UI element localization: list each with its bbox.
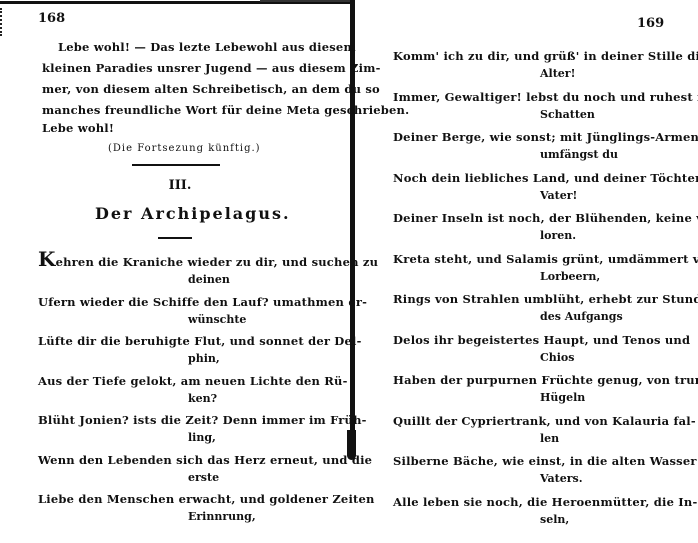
verse-line: Wenn den Lebenden sich das Herz erneut, …: [38, 453, 372, 467]
verse-text: Aus der Tiefe gelokt, am neuen Lichte de…: [38, 374, 348, 388]
verse-text: Lüfte dir die beruhigte Flut, und sonnet…: [38, 334, 362, 348]
verse-turnover: wünschte: [188, 313, 246, 326]
verse-turnover: Vaters.: [540, 472, 583, 485]
prose-line: kleinen Paradies unsrer Jugend — aus die…: [42, 61, 381, 75]
verse-text: Kreta steht, und Salamis grünt, umdämmer…: [393, 252, 698, 266]
verse-line: Blüht Jonien? ists die Zeit? Denn immer …: [38, 413, 367, 427]
verse-turnover: erste: [188, 471, 219, 484]
page-number: 169: [637, 16, 664, 31]
verse-turnover: Hügeln: [540, 391, 585, 404]
page-edge-shadow: [260, 0, 350, 2]
verse-text: Ufern wieder die Schiffe den Lauf? umath…: [38, 295, 367, 309]
verse-turnover: Chios: [540, 351, 574, 364]
verse-turnover: ling,: [188, 431, 216, 444]
verse-text: ehren die Kraniche wieder zu dir, und su…: [56, 255, 379, 269]
verse-text: Quillt der Cypriertrank, und von Kalauri…: [393, 414, 696, 428]
verse-turnover: deinen: [188, 273, 230, 286]
verse-line: Aus der Tiefe gelokt, am neuen Lichte de…: [38, 374, 348, 388]
verse-turnover: loren.: [540, 229, 576, 242]
prose-line: Lebe wohl! — Das lezte Lebewohl aus dies…: [58, 40, 356, 54]
verse-text: Wenn den Lebenden sich das Herz erneut, …: [38, 453, 372, 467]
book-spread: 168 Lebe wohl! — Das lezte Lebewohl aus …: [0, 0, 698, 543]
verse-line: Noch dein liebliches Land, und deiner Tö…: [393, 171, 698, 185]
verse-turnover: Erinnrung,: [188, 510, 256, 523]
verse-text: Blüht Jonien? ists die Zeit? Denn immer …: [38, 413, 367, 427]
verse-turnover: Lorbeern,: [540, 270, 600, 283]
continuation-note: (Die Fortsezung künftig.): [108, 143, 261, 154]
verse-line: Alle leben sie noch, die Heroenmütter, d…: [393, 495, 697, 509]
verse-line: Lüfte dir die beruhigte Flut, und sonnet…: [38, 334, 362, 348]
verse-turnover: umfängst du: [540, 148, 618, 161]
verse-turnover: len: [540, 432, 559, 445]
page-edge-left: [0, 8, 4, 36]
verse-line: Immer, Gewaltiger! lebst du noch und ruh…: [393, 90, 698, 104]
verse-text: Komm' ich zu dir, und grüß' in deiner St…: [393, 49, 698, 63]
verse-text: Delos ihr begeistertes Haupt, und Tenos …: [393, 333, 690, 347]
prose-line: manches freundliche Wort für deine Meta …: [42, 103, 409, 117]
section-number: III.: [150, 178, 210, 193]
verse-text: Liebe den Menschen erwacht, und goldener…: [38, 492, 375, 506]
verse-line: Ufern wieder die Schiffe den Lauf? umath…: [38, 295, 367, 309]
verse-line: Deiner Inseln ist noch, der Blühenden, k…: [393, 211, 698, 225]
section-rule: [132, 164, 220, 166]
verse-text: Immer, Gewaltiger! lebst du noch und ruh…: [393, 90, 698, 104]
verse-line: Liebe den Menschen erwacht, und goldener…: [38, 492, 375, 506]
section-title: Der Archipelagus.: [95, 204, 265, 223]
verse-line: Quillt der Cypriertrank, und von Kalauri…: [393, 414, 696, 428]
verse-turnover: ken?: [188, 392, 217, 405]
verse-text: Haben der purpurnen Früchte genug, von t…: [393, 373, 698, 387]
verse-turnover: Schatten: [540, 108, 595, 121]
prose-line: Lebe wohl!: [42, 121, 114, 135]
prose-line: mer, von diesem alten Schreibetisch, an …: [42, 82, 380, 96]
page-number: 168: [38, 11, 65, 26]
verse-turnover: Vater!: [540, 189, 577, 202]
verse-text: Deiner Berge, wie sonst; mit Jünglings-A…: [393, 130, 698, 144]
verse-line: Rings von Strahlen umblüht, erhebt zur S…: [393, 292, 698, 306]
verse-text: Noch dein liebliches Land, und deiner Tö…: [393, 171, 698, 185]
verse-line: Haben der purpurnen Früchte genug, von t…: [393, 373, 698, 387]
title-rule: [158, 237, 192, 239]
verse-line: Kreta steht, und Salamis grünt, umdämmer…: [393, 252, 698, 266]
verse-line: Silberne Bäche, wie einst, in die alten …: [393, 454, 698, 468]
verse-text: Deiner Inseln ist noch, der Blühenden, k…: [393, 211, 698, 225]
verse-line: Komm' ich zu dir, und grüß' in deiner St…: [393, 49, 698, 63]
verse-text: Silberne Bäche, wie einst, in die alten …: [393, 454, 698, 468]
verse-text: Rings von Strahlen umblüht, erhebt zur S…: [393, 292, 698, 306]
verse-text: Alle leben sie noch, die Heroenmütter, d…: [393, 495, 697, 509]
verse-turnover: Alter!: [540, 67, 575, 80]
drop-cap: K: [38, 247, 56, 271]
verse-line: Kehren die Kraniche wieder zu dir, und s…: [38, 249, 378, 269]
verse-turnover: phin,: [188, 352, 220, 365]
verse-turnover: seln,: [540, 513, 569, 526]
verse-line: Deiner Berge, wie sonst; mit Jünglings-A…: [393, 130, 698, 144]
verse-line: Delos ihr begeistertes Haupt, und Tenos …: [393, 333, 690, 347]
verse-turnover: des Aufgangs: [540, 310, 623, 323]
